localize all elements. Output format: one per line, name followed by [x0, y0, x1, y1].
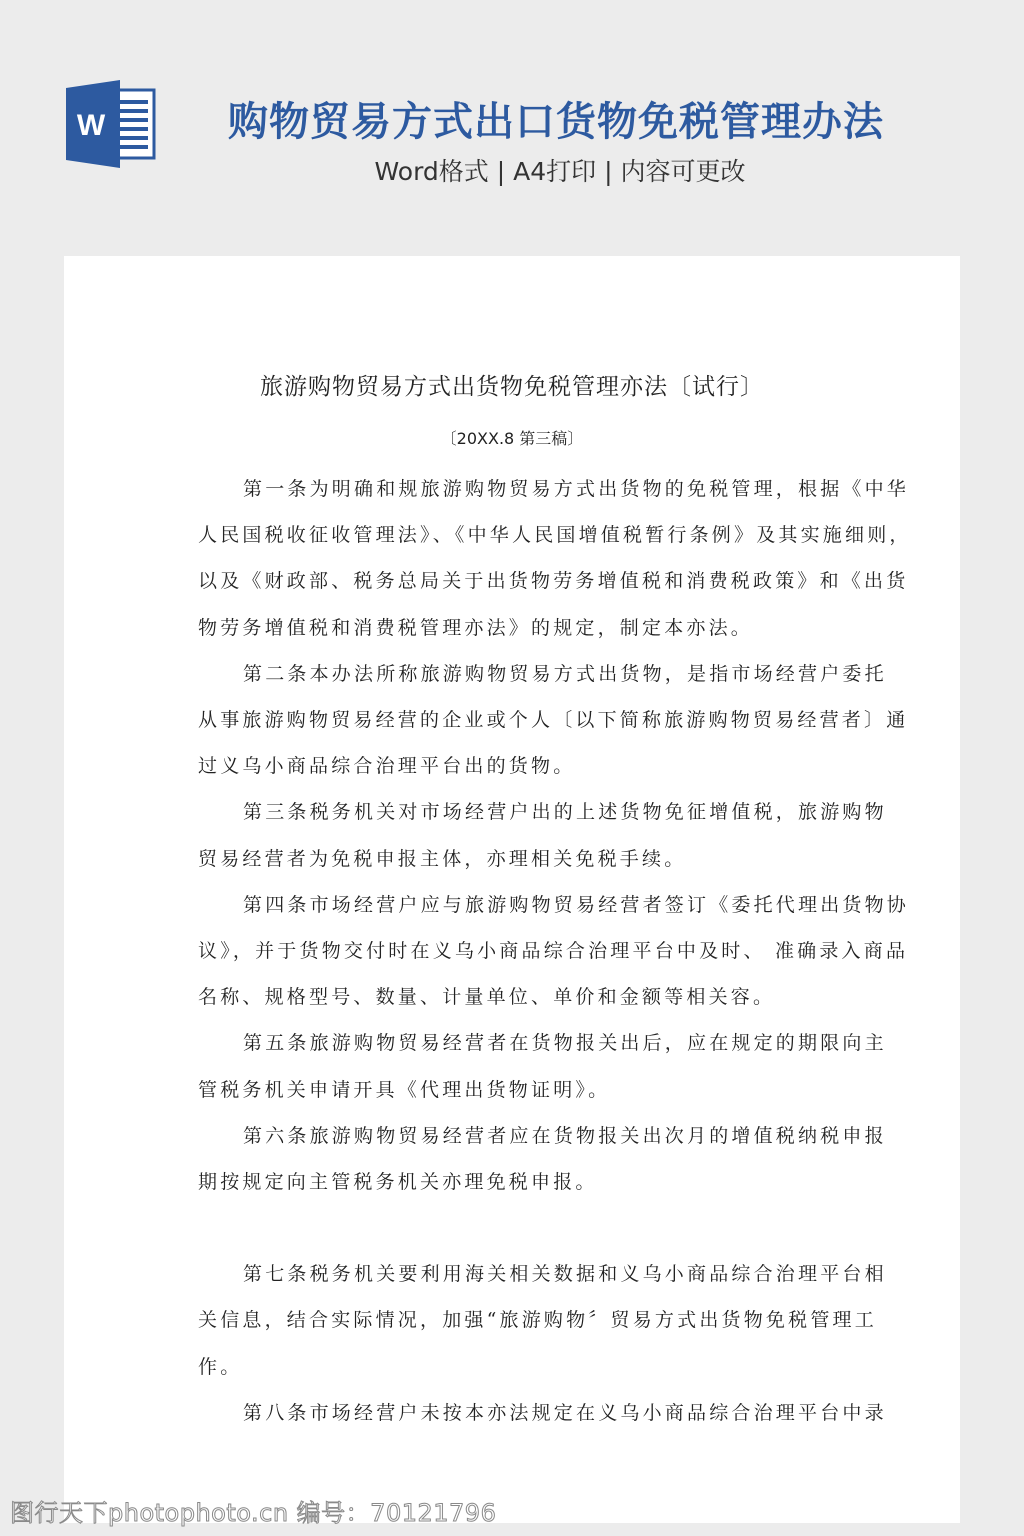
text-line: 第六条旅游购物贸易经营者应在货物报关出次月的增值税纳税申报 [198, 1113, 838, 1159]
watermark: 图行天下photophoto.cn 编号：70121796 [10, 1493, 496, 1528]
text-line: 关信息，结合实际情况，加强“旅游购物〞贸易方式出货物免税管理工 [198, 1297, 838, 1343]
text-line: 第五条旅游购物贸易经营者在货物报关出后，应在规定的期限向主 [198, 1020, 838, 1066]
text-line: 从事旅游购物贸易经营的企业或个人〔以下简称旅游购物贸易经营者〕通 [198, 697, 838, 743]
article-6: 第六条旅游购物贸易经营者应在货物报关出次月的增值税纳税申报 期按规定向主管税务机… [198, 1113, 838, 1205]
text-line: 作。 [198, 1344, 838, 1390]
article-8: 第八条市场经营户未按本亦法规定在义乌小商品综合治理平台中录 [198, 1390, 838, 1436]
article-1: 第一条为明确和规旅游购物贸易方式出货物的免税管理，根据《中华 人民国税收征收管理… [198, 466, 838, 651]
text-line: 以及《财政部、税务总局关于出货物劳务增值税和消费税政策》和《出货 [198, 558, 838, 604]
text-line: 第二条本办法所称旅游购物贸易方式出货物，是指市场经营户委托 [198, 651, 838, 697]
text-line: 议》，并于货物交付时在义乌小商品综合治理平台中及时、 准确录入商品 [198, 928, 838, 974]
document-page: 旅游购物贸易方式出货物免税管理亦法〔试行〕 〔20XX.8 第三稿〕 第一条为明… [64, 256, 960, 1523]
word-document-icon: W [64, 80, 156, 168]
page-subtitle: Word格式 | A4打印 | 内容可更改 [300, 152, 820, 188]
text-line: 第四条市场经营户应与旅游购物贸易经营者签订《委托代理出货物协 [198, 882, 838, 928]
document-body: 第一条为明确和规旅游购物贸易方式出货物的免税管理，根据《中华 人民国税收征收管理… [198, 466, 838, 1436]
text-line: 管税务机关申请开具《代理出货物证明》。 [198, 1067, 838, 1113]
text-line: 物劳务增值税和消费税管理亦法》的规定，制定本亦法。 [198, 605, 838, 651]
article-4: 第四条市场经营户应与旅游购物贸易经营者签订《委托代理出货物协 议》，并于货物交付… [198, 882, 838, 1021]
text-line: 第七条税务机关要利用海关相关数据和义乌小商品综合治理平台相 [198, 1251, 838, 1297]
page-title: 购物贸易方式出口货物免税管理办法 [200, 90, 912, 147]
text-line: 第三条税务机关对市场经营户出的上述货物免征增值税，旅游购物 [198, 789, 838, 835]
document-title: 旅游购物贸易方式出货物免税管理亦法〔试行〕 [64, 368, 960, 401]
document-draft-note: 〔20XX.8 第三稿〕 [64, 426, 960, 449]
text-line: 人民国税收征收管理法》、《中华人民国增值税暂行条例》及其实施细则， [198, 512, 838, 558]
text-line: 过义乌小商品综合治理平台出的货物。 [198, 743, 838, 789]
text-line: 第一条为明确和规旅游购物贸易方式出货物的免税管理，根据《中华 [198, 466, 838, 512]
text-line: 贸易经营者为免税申报主体，亦理相关免税手续。 [198, 836, 838, 882]
blank-line [198, 1205, 838, 1251]
text-line: 第八条市场经营户未按本亦法规定在义乌小商品综合治理平台中录 [198, 1390, 838, 1436]
article-2: 第二条本办法所称旅游购物贸易方式出货物，是指市场经营户委托 从事旅游购物贸易经营… [198, 651, 838, 790]
article-7: 第七条税务机关要利用海关相关数据和义乌小商品综合治理平台相 关信息，结合实际情况… [198, 1251, 838, 1390]
text-line: 期按规定向主管税务机关亦理免税申报。 [198, 1159, 838, 1205]
text-line: 名称、规格型号、数量、计量单位、单价和金额等相关容。 [198, 974, 838, 1020]
svg-text:W: W [77, 109, 106, 142]
article-5: 第五条旅游购物贸易经营者在货物报关出后，应在规定的期限向主 管税务机关申请开具《… [198, 1020, 838, 1112]
article-3: 第三条税务机关对市场经营户出的上述货物免征增值税，旅游购物 贸易经营者为免税申报… [198, 789, 838, 881]
